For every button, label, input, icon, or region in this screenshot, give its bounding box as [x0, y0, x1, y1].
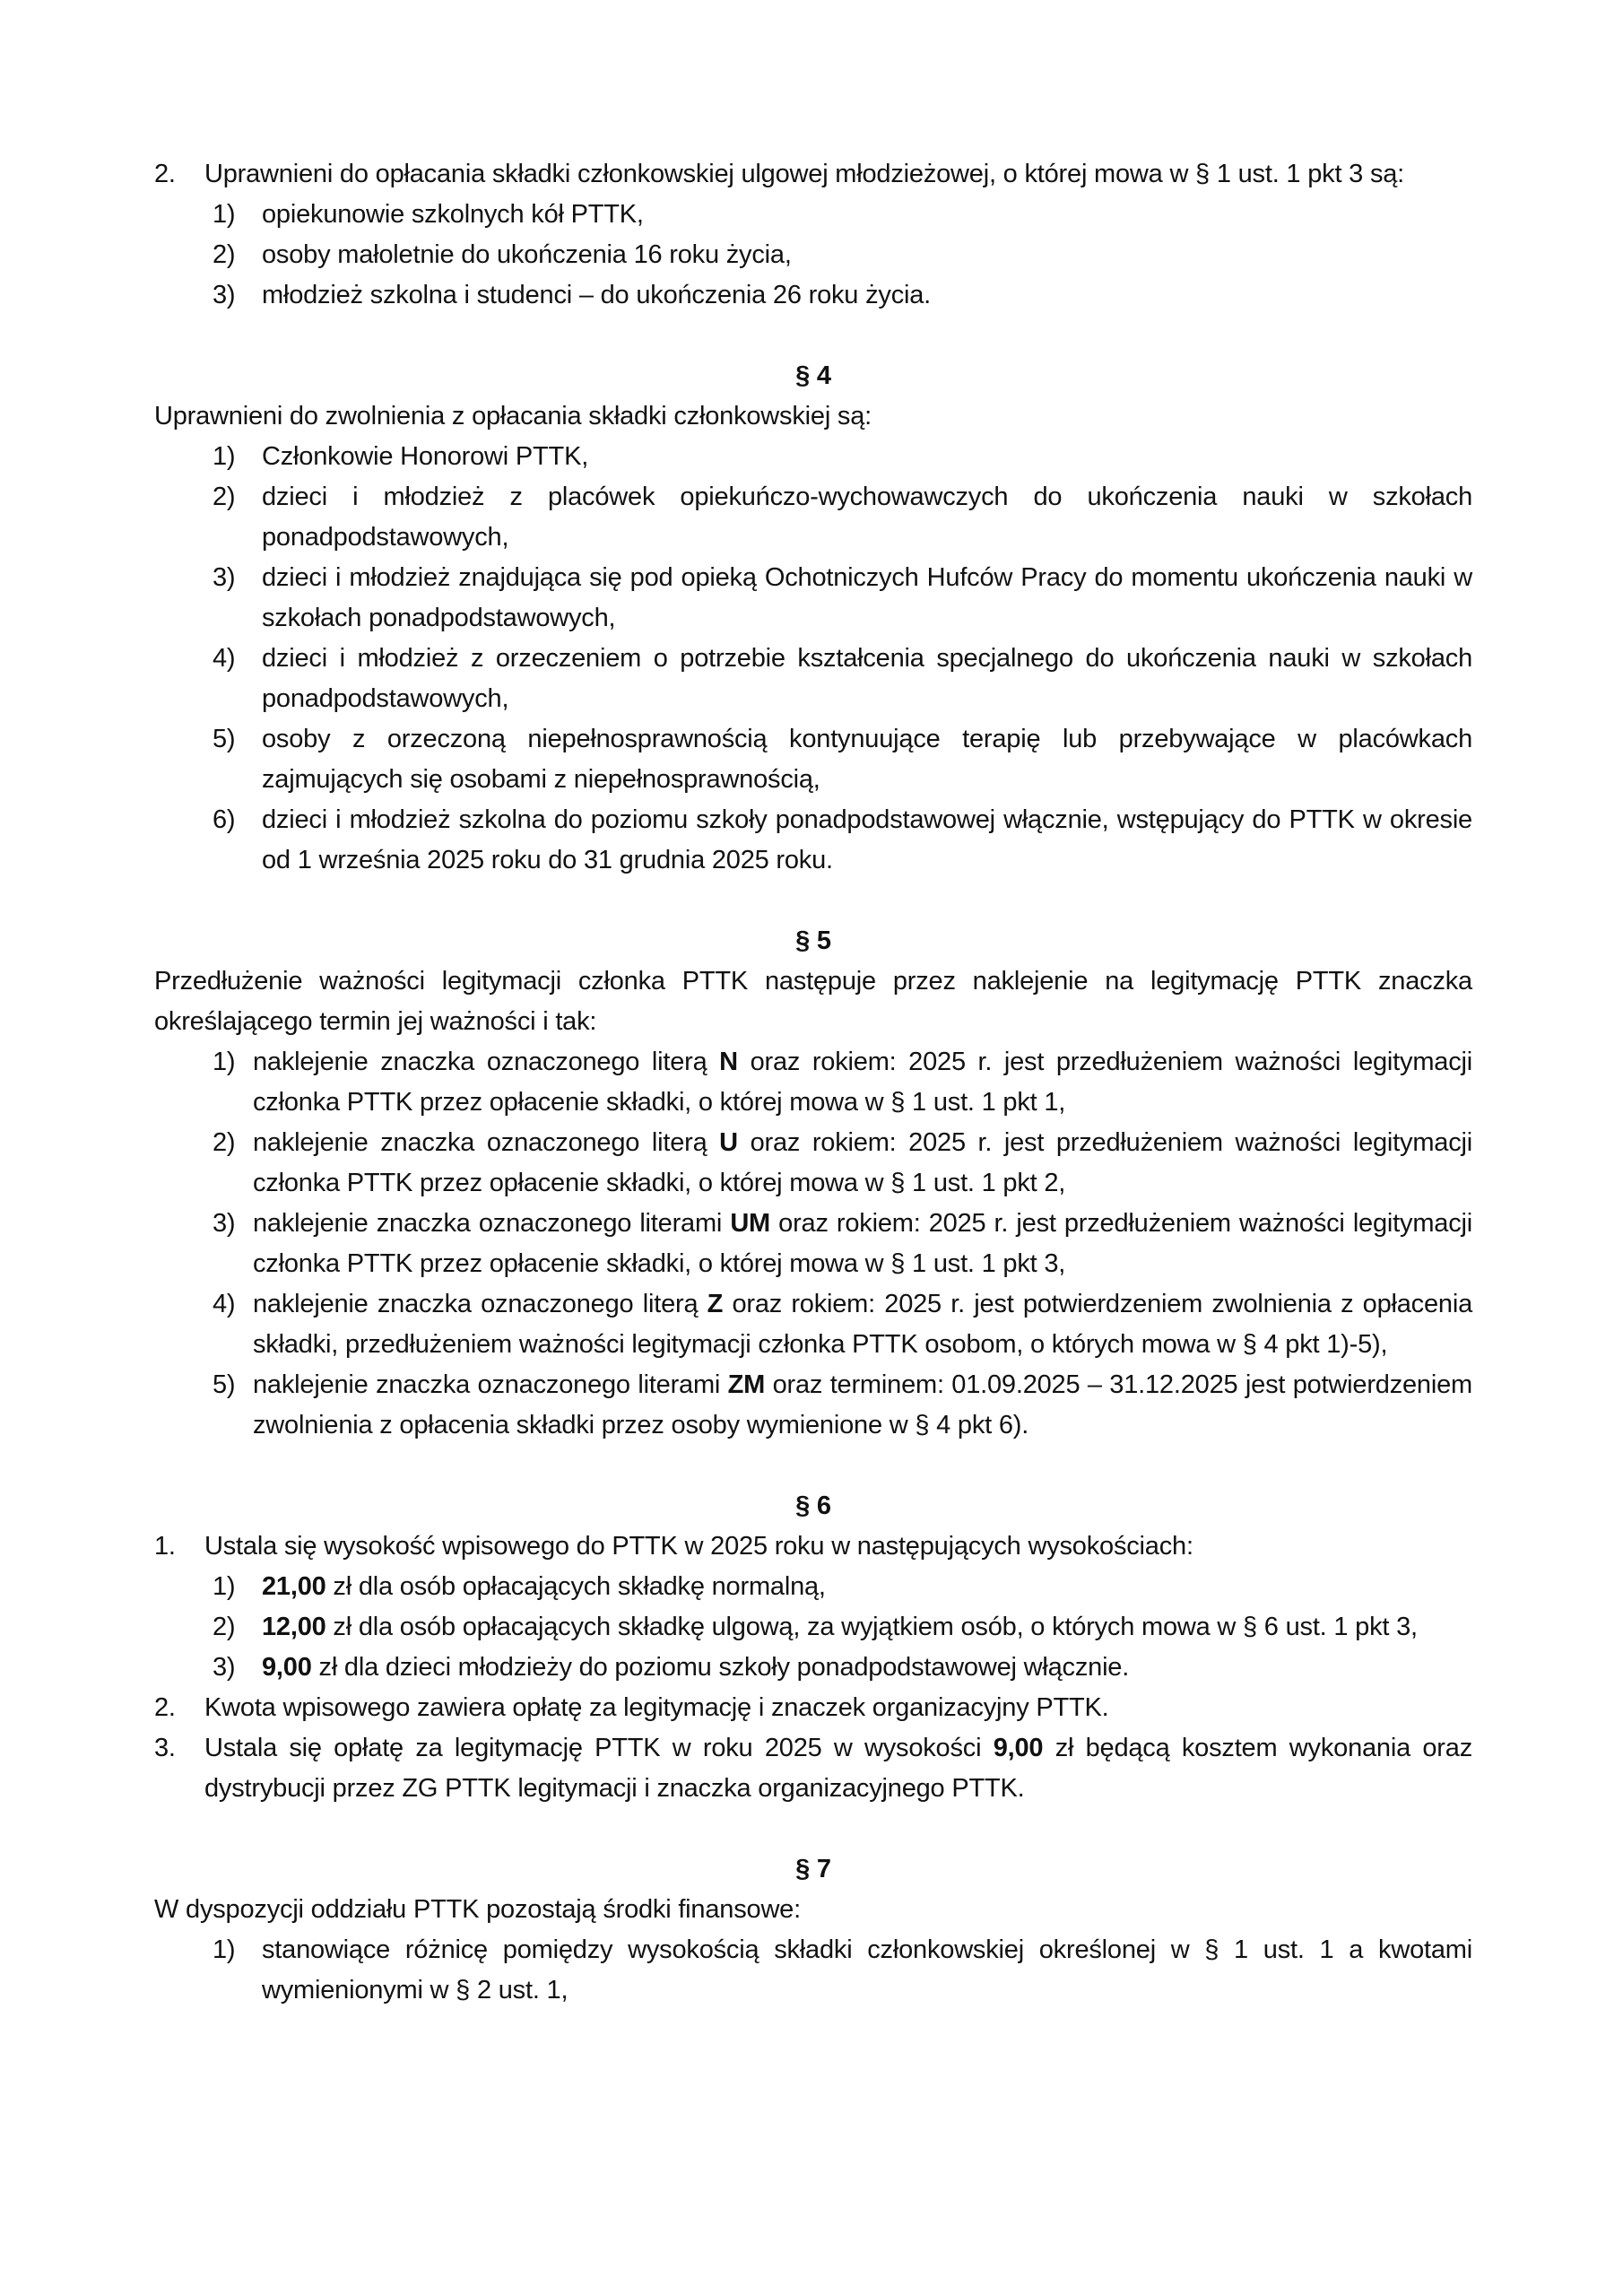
item-number: 3) [213, 1204, 235, 1244]
item-text: dzieci i młodzież szkolna do poziomu szk… [262, 805, 1472, 874]
list-item: 2)12,00 zł dla osób opłacających składkę… [213, 1607, 1472, 1648]
item-text: stanowiące różnicę pomiędzy wysokością s… [262, 1935, 1472, 2005]
section3-item-2: 2. Uprawnieni do opłacania składki człon… [154, 154, 1472, 195]
item-text: dzieci i młodzież z orzeczeniem o potrze… [262, 644, 1472, 713]
item-number: 2) [213, 235, 235, 275]
list-item: 2)naklejenie znaczka oznaczonego literą … [213, 1123, 1472, 1204]
stamp-letter: UM [730, 1209, 770, 1238]
item-text-before: naklejenie znaczka oznaczonego literami [253, 1209, 730, 1238]
item-text: Kwota wpisowego zawiera opłatę za legity… [204, 1693, 1109, 1722]
list-item: 2) osoby małoletnie do ukończenia 16 rok… [213, 235, 1472, 275]
item-text: młodzież szkolna i studenci – do ukończe… [262, 281, 931, 309]
list-item: 6)dzieci i młodzież szkolna do poziomu s… [213, 800, 1472, 881]
section4-intro: Uprawnieni do zwolnienia z opłacania skł… [154, 396, 1472, 437]
stamp-letter: ZM [728, 1370, 765, 1399]
stamp-letter: U [719, 1128, 738, 1157]
item-text: Ustala się wysokość wpisowego do PTTK w … [204, 1532, 1193, 1561]
list-item: 4)naklejenie znaczka oznaczonego literą … [213, 1284, 1472, 1365]
item-text-before: naklejenie znaczka oznaczonego literą [253, 1290, 707, 1318]
section3-item-2-sublist: 1) opiekunowie szkolnych kół PTTK, 2) os… [213, 195, 1472, 316]
item-number: 1) [213, 437, 235, 477]
list-item: 3)dzieci i młodzież znajdująca się pod o… [213, 558, 1472, 639]
item-text-before: naklejenie znaczka oznaczonego literą [253, 1048, 719, 1076]
section5-intro: Przedłużenie ważności legitymacji członk… [154, 961, 1472, 1042]
item-number: 1) [213, 195, 235, 235]
item-text: zł dla osób opłacających składkę ulgową,… [326, 1613, 1418, 1641]
document-page: 2. Uprawnieni do opłacania składki człon… [154, 154, 1472, 2011]
stamp-letter: N [719, 1048, 738, 1076]
item-number: 1) [213, 1930, 235, 1970]
item-text-before: naklejenie znaczka oznaczonego literą [253, 1128, 719, 1157]
item-number: 4) [213, 1284, 235, 1325]
list-item: 1)Członkowie Honorowi PTTK, [213, 437, 1472, 477]
item-number: 6) [213, 800, 235, 840]
item-number: 3. [154, 1728, 176, 1769]
item-text: osoby małoletnie do ukończenia 16 roku ż… [262, 240, 792, 269]
item-number: 1) [213, 1567, 235, 1607]
item-text: zł dla osób opłacających składkę normaln… [326, 1572, 826, 1601]
item-text: zł dla dzieci młodzieży do poziomu szkoł… [312, 1653, 1129, 1682]
section-heading-6: § 6 [154, 1486, 1472, 1526]
section7-list: 1)stanowiące różnicę pomiędzy wysokością… [213, 1930, 1472, 2011]
section6-item-1-sublist: 1)21,00 zł dla osób opłacających składkę… [213, 1567, 1472, 1688]
item-text-before: Ustala się opłatę za legitymację PTTK w … [204, 1734, 994, 1762]
list-item: 1) opiekunowie szkolnych kół PTTK, [213, 195, 1472, 235]
item-number: 2. [154, 1688, 176, 1728]
item-text: dzieci i młodzież z placówek opiekuńczo-… [262, 483, 1472, 552]
section4-list: 1)Członkowie Honorowi PTTK, 2)dzieci i m… [213, 437, 1472, 881]
fee-amount: 21,00 [262, 1572, 326, 1601]
item-number: 3) [213, 558, 235, 598]
item-text: dzieci i młodzież znajdująca się pod opi… [262, 563, 1472, 632]
item-text: osoby z orzeczoną niepełnosprawnością ko… [262, 725, 1472, 794]
list-item: 2)dzieci i młodzież z placówek opiekuńcz… [213, 477, 1472, 558]
item-text: Członkowie Honorowi PTTK, [262, 442, 588, 471]
section-heading-5: § 5 [154, 921, 1472, 961]
item-number: 3) [213, 1648, 235, 1688]
item-text: opiekunowie szkolnych kół PTTK, [262, 200, 644, 229]
item-number: 4) [213, 639, 235, 679]
section-heading-4: § 4 [154, 356, 1472, 396]
fee-amount: 9,00 [262, 1653, 312, 1682]
item-number: 2) [213, 1123, 235, 1163]
list-item: 3) młodzież szkolna i studenci – do ukoń… [213, 275, 1472, 316]
section7-intro: W dyspozycji oddziału PTTK pozostają śro… [154, 1890, 1472, 1930]
stamp-letter: Z [707, 1290, 724, 1318]
section6-item-3: 3. Ustala się opłatę za legitymację PTTK… [154, 1728, 1472, 1809]
item-number: 3) [213, 275, 235, 316]
item-text-before: naklejenie znaczka oznaczonego literami [253, 1370, 728, 1399]
section-heading-7: § 7 [154, 1849, 1472, 1890]
fee-amount: 9,00 [994, 1734, 1044, 1762]
item-number: 5) [213, 1365, 235, 1405]
list-item: 3)9,00 zł dla dzieci młodzieży do poziom… [213, 1648, 1472, 1688]
item-number: 2) [213, 1607, 235, 1648]
list-item: 5)naklejenie znaczka oznaczonego literam… [213, 1365, 1472, 1446]
list-item: 1)stanowiące różnicę pomiędzy wysokością… [213, 1930, 1472, 2011]
item-text: Uprawnieni do opłacania składki członkow… [204, 160, 1404, 188]
item-number: 5) [213, 719, 235, 760]
list-item: 5)osoby z orzeczoną niepełnosprawnością … [213, 719, 1472, 800]
item-number: 2) [213, 477, 235, 517]
item-number: 1. [154, 1526, 176, 1567]
list-item: 4)dzieci i młodzież z orzeczeniem o potr… [213, 639, 1472, 719]
item-number: 1) [213, 1042, 235, 1083]
section6-item-2: 2. Kwota wpisowego zawiera opłatę za leg… [154, 1688, 1472, 1728]
list-item: 1)naklejenie znaczka oznaczonego literą … [213, 1042, 1472, 1123]
item-number: 2. [154, 154, 176, 195]
section6-item-1: 1. Ustala się wysokość wpisowego do PTTK… [154, 1526, 1472, 1567]
list-item: 1)21,00 zł dla osób opłacających składkę… [213, 1567, 1472, 1607]
list-item: 3)naklejenie znaczka oznaczonego literam… [213, 1204, 1472, 1284]
fee-amount: 12,00 [262, 1613, 326, 1641]
section5-list: 1)naklejenie znaczka oznaczonego literą … [213, 1042, 1472, 1446]
